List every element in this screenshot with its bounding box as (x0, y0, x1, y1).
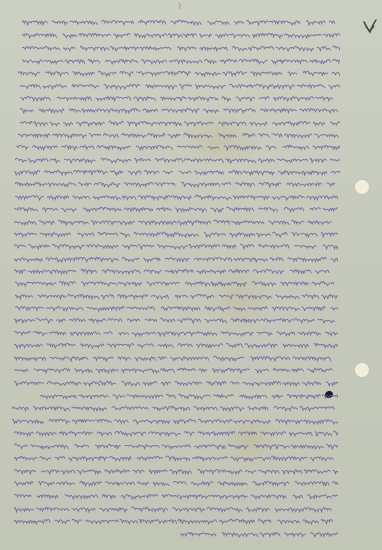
punch-hole (355, 363, 369, 377)
check-mark-icon (362, 18, 378, 36)
handwritten-line (15, 278, 335, 287)
handwritten-line (14, 378, 338, 387)
handwritten-line (14, 340, 338, 349)
handwritten-line (15, 303, 338, 312)
handwritten-line (22, 30, 340, 39)
handwritten-line (22, 17, 335, 26)
handwritten-line (14, 466, 338, 475)
handwritten-line (20, 105, 340, 114)
handwritten-line (14, 204, 338, 213)
handwritten-line (14, 328, 338, 337)
handwritten-line (14, 229, 338, 238)
handwritten-line (20, 93, 340, 102)
handwritten-line (14, 453, 338, 462)
handwritten-line (18, 130, 340, 139)
handwritten-line (14, 241, 338, 250)
handwritten-line (20, 81, 340, 90)
manuscript-page: Hebrew-script cursive (Yiddish), right-t… (0, 0, 382, 550)
handwritten-line (14, 365, 338, 374)
handwritten-line (18, 68, 340, 77)
handwritten-line (14, 217, 338, 226)
handwritten-line (15, 192, 338, 201)
handwritten-line (15, 291, 338, 300)
handwritten-line (14, 167, 340, 176)
handwritten-line (12, 416, 338, 425)
handwritten-line (14, 315, 338, 324)
handwritten-line (15, 155, 340, 164)
handwritten-line (16, 142, 340, 151)
handwritten-line (14, 516, 338, 525)
handwritten-line (40, 391, 338, 400)
handwritten-line (22, 43, 340, 52)
handwritten-line (15, 179, 335, 188)
handwritten-line (14, 491, 338, 500)
punch-hole (355, 180, 369, 194)
handwritten-line (14, 254, 338, 263)
handwritten-line (14, 504, 338, 513)
handwritten-line (14, 266, 330, 275)
handwritten-line (14, 353, 338, 362)
handwritten-line (14, 441, 338, 450)
handwritten-line (14, 428, 338, 437)
handwritten-line (14, 478, 338, 487)
handwritten-line (12, 403, 338, 412)
page-mark (175, 2, 185, 11)
handwritten-line (180, 529, 338, 538)
handwritten-line (20, 118, 340, 127)
handwritten-line (22, 56, 340, 65)
